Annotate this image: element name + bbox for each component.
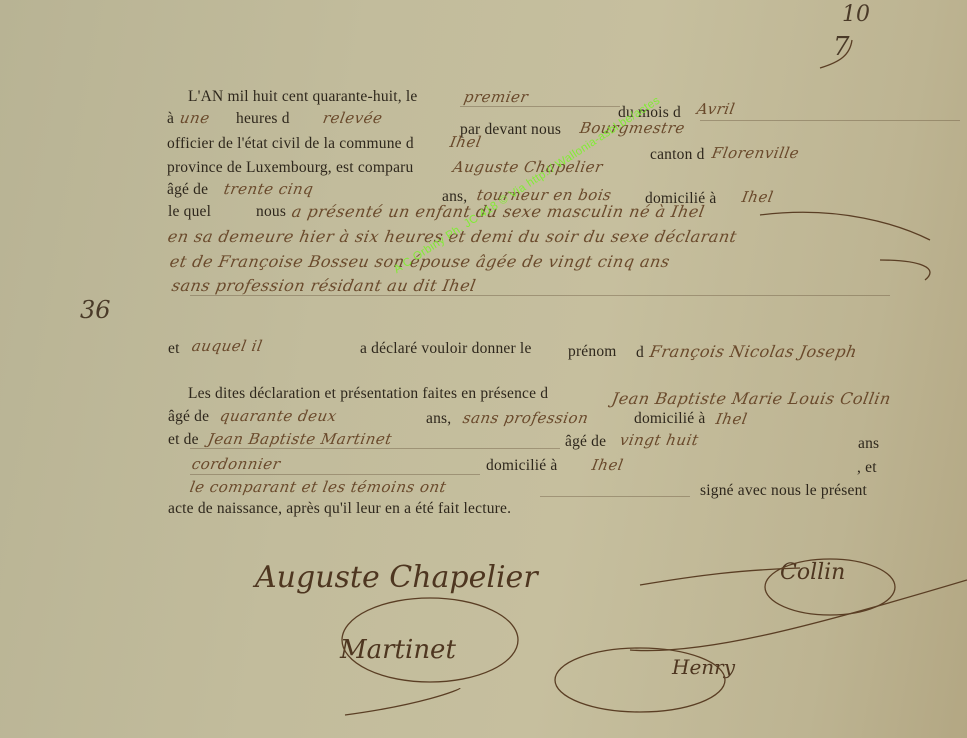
- printed-comma-et: , et: [857, 459, 877, 477]
- hand-body-4: sans profession résidant au dit Ihel: [170, 276, 477, 295]
- rule: [540, 496, 690, 497]
- printed-commune: officier de l'état civil de la commune d: [167, 135, 414, 153]
- printed-et: et: [168, 340, 180, 358]
- printed-nous: nous: [256, 203, 286, 221]
- page-number-top: 10: [842, 2, 870, 27]
- rule: [190, 448, 560, 449]
- margin-number: 36: [80, 296, 111, 324]
- printed-presence: Les dites déclaration et présentation fa…: [188, 385, 548, 403]
- printed-lequel: le quel: [168, 203, 211, 221]
- hand-day: premier: [462, 88, 529, 106]
- hand-witness1: Jean Baptiste Marie Louis Collin: [610, 389, 892, 408]
- rule: [460, 106, 620, 107]
- signature-official: Henry: [672, 655, 735, 679]
- printed-heures: heures d: [236, 110, 290, 128]
- printed-lecture: acte de naissance, après qu'il leur en a…: [168, 500, 511, 518]
- printed-a: à: [167, 110, 174, 128]
- rule: [190, 474, 480, 475]
- printed-ans-w1: ans,: [426, 410, 451, 428]
- printed-age-w2: âgé de: [565, 433, 606, 451]
- printed-canton: canton d: [650, 146, 705, 164]
- printed-prenom: prénom: [568, 343, 617, 361]
- hand-period: relevée: [321, 109, 384, 127]
- hand-witness2-occupation: cordonnier: [190, 455, 282, 473]
- printed-age: âgé de: [167, 181, 208, 199]
- hand-declarant: Auguste Chapelier: [451, 158, 604, 176]
- birth-certificate-page: 10 7 36 L'AN mil huit cent quarante-huit…: [0, 0, 967, 738]
- signature-declarant-first: Auguste Chapelier: [255, 560, 538, 595]
- hand-commune: Ihel: [448, 133, 482, 151]
- rule: [700, 120, 960, 121]
- signature-witness1: Collin: [780, 560, 845, 585]
- hand-witness2-age: vingt huit: [618, 431, 700, 449]
- rule: [190, 295, 890, 296]
- hand-witness1-domicile: Ihel: [714, 410, 748, 428]
- signature-flourishes: [0, 0, 967, 738]
- printed-ans-w2: ans: [858, 435, 879, 453]
- hand-month: Avril: [695, 100, 736, 118]
- printed-d: d: [636, 344, 644, 362]
- hand-canton: Florenville: [710, 144, 800, 162]
- printed-domicile-w2: domicilié à: [486, 457, 558, 475]
- hand-domicile: Ihel: [740, 188, 774, 206]
- hand-closing: le comparant et les témoins ont: [188, 478, 448, 496]
- printed-declare: a déclaré vouloir donner le: [360, 340, 532, 358]
- printed-signe: signé avec nous le présent: [700, 482, 867, 500]
- hand-witness1-occupation: sans profession: [461, 409, 590, 427]
- hand-witness2-domicile: Ihel: [590, 456, 624, 474]
- hand-declarant-age: trente cinq: [222, 180, 315, 198]
- hand-witness2: Jean Baptiste Martinet: [206, 430, 393, 448]
- hand-hour: une: [178, 109, 211, 127]
- hand-auquel: auquel il: [190, 337, 264, 355]
- hand-prenoms: François Nicolas Joseph: [648, 342, 858, 361]
- printed-province: province de Luxembourg, est comparu: [167, 159, 413, 177]
- printed-year: L'AN mil huit cent quarante-huit, le: [188, 88, 418, 106]
- page-number-below: 7: [833, 32, 850, 62]
- printed-age-w1: âgé de: [168, 408, 209, 426]
- hand-witness1-age: quarante deux: [218, 407, 338, 425]
- signature-witness2: Martinet: [340, 635, 456, 665]
- printed-etde: et de: [168, 431, 199, 449]
- printed-domicile-w1: domicilié à: [634, 410, 706, 428]
